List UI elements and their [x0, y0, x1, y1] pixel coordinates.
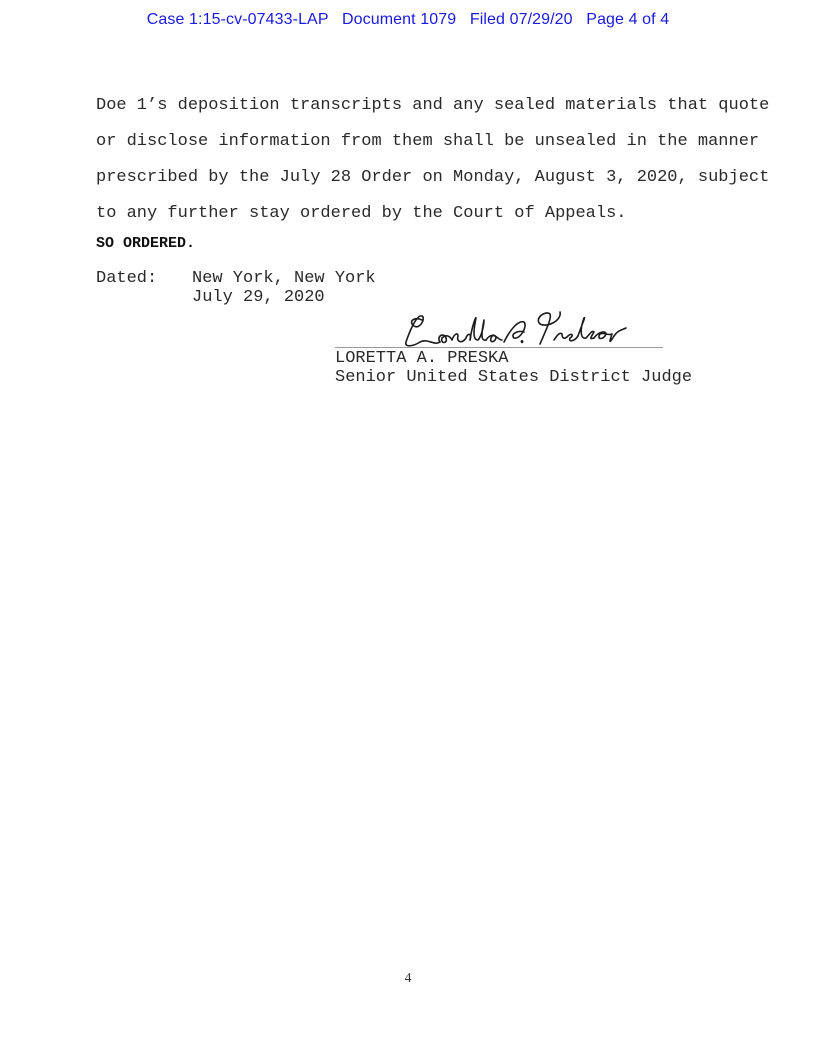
paragraph-line: Doe 1’s deposition transcripts and any s… — [96, 94, 736, 130]
so-ordered-heading: SO ORDERED. — [96, 235, 195, 252]
signature-line — [335, 347, 663, 348]
page-number: 4 — [0, 971, 816, 987]
dated-place: New York, New York — [192, 269, 376, 289]
signature-icon — [400, 306, 630, 350]
judge-name: LORETTA A. PRESKA — [335, 349, 508, 369]
case-header: Case 1:15-cv-07433-LAP Document 1079 Fil… — [0, 11, 816, 29]
dated-label: Dated: — [96, 269, 157, 289]
order-paragraph: Doe 1’s deposition transcripts and any s… — [96, 94, 736, 238]
paragraph-line: or disclose information from them shall … — [96, 130, 736, 166]
paragraph-line: prescribed by the July 28 Order on Monda… — [96, 166, 736, 202]
judge-title: Senior United States District Judge — [335, 368, 692, 388]
paragraph-line: to any further stay ordered by the Court… — [96, 202, 736, 238]
dated-date: July 29, 2020 — [192, 288, 325, 308]
